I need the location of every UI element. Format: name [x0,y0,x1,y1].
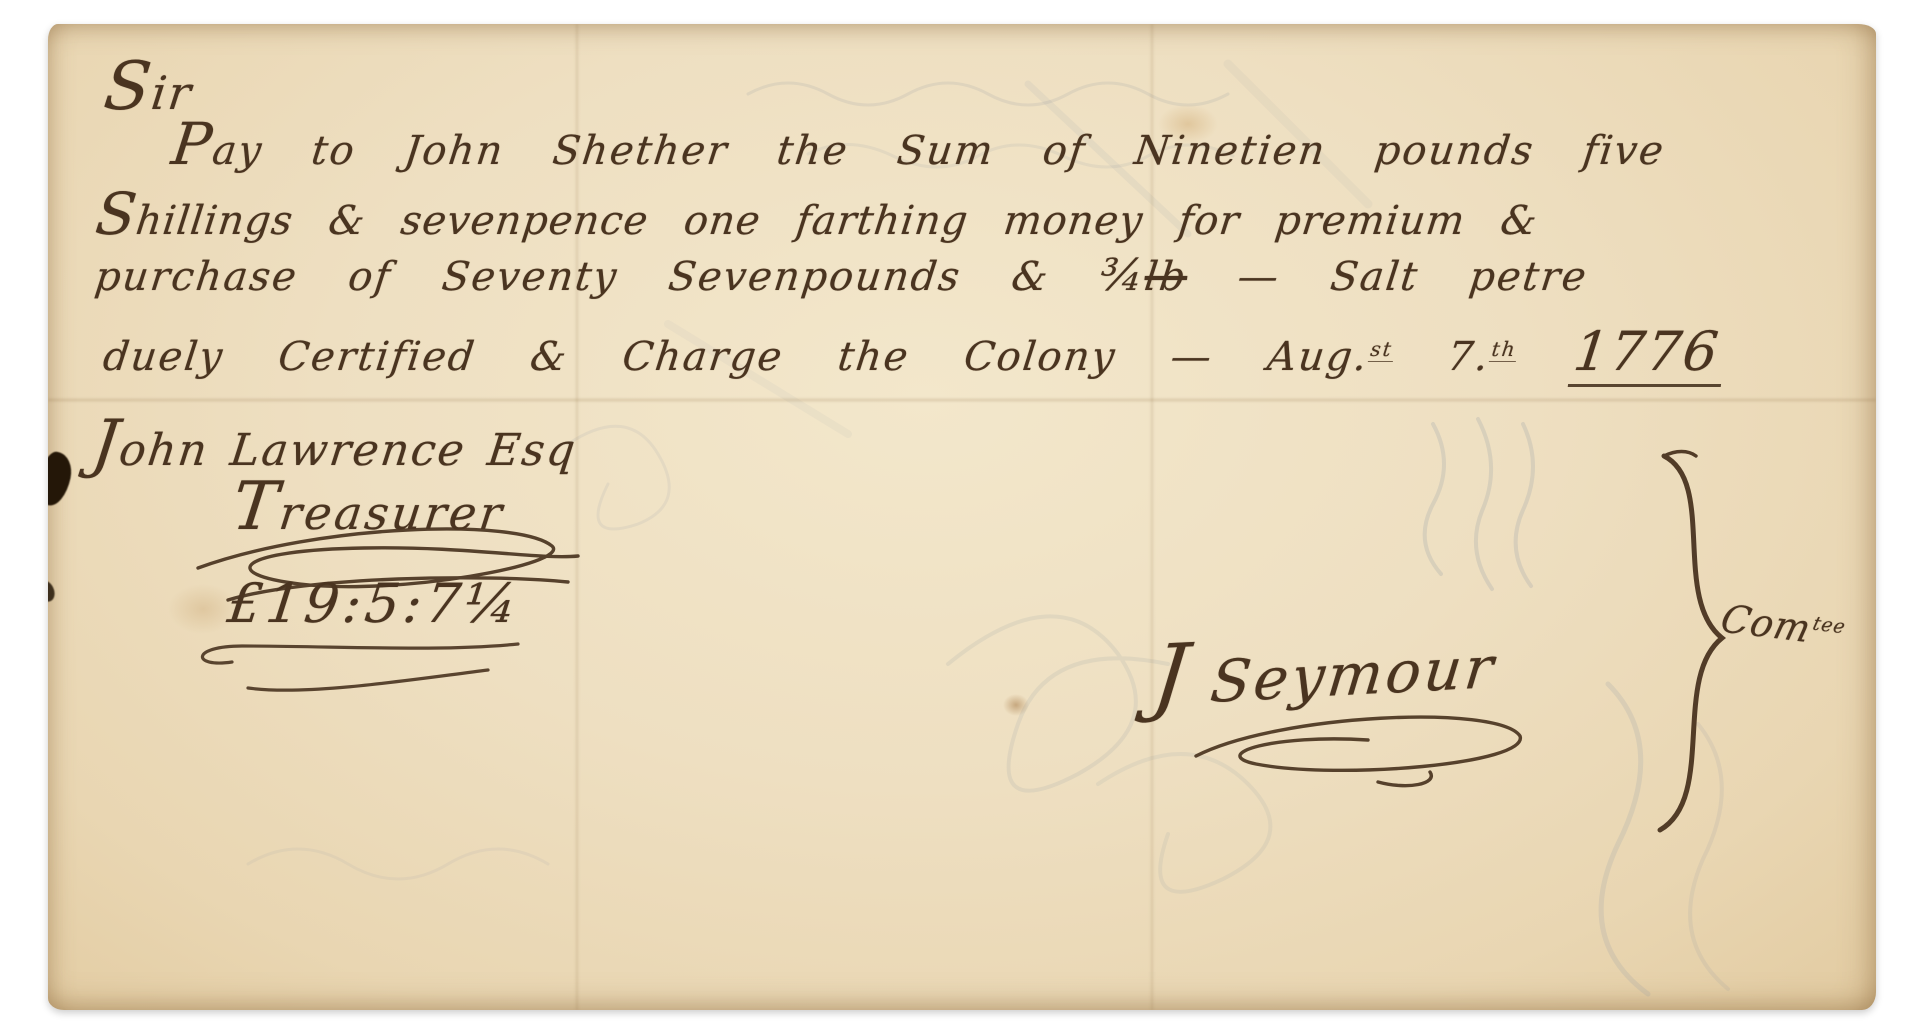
date-year: 1776 [1568,320,1730,387]
body-line-4-text: duely Certified & Charge the Colony — [101,334,1216,380]
signature-title-superscript: tee [1810,612,1850,638]
ink-blot [48,449,75,508]
horizontal-fold-crease [48,398,1876,402]
body-line-2: Shillings & sevenpence one farthing mone… [92,180,1543,250]
amount-figure: £19:5:7¼ [224,572,524,637]
pound-weight-symbol: lb [1142,254,1190,300]
body-line-3: purchase of Seventy Sevenpounds & ¾lb — … [92,250,1591,303]
weight-fraction: ¾ [1097,250,1148,301]
paper-stain [1003,694,1029,716]
body-line-4: duely Certified & Charge the Colony — Au… [100,320,1729,385]
signature-flourish [1178,710,1538,796]
signature-brace [1630,448,1742,840]
date-day-superscript: th [1489,337,1519,362]
body-line-3-text: purchase of Seventy Sevenpounds & [92,254,1052,300]
date-month-superscript: st [1368,337,1395,362]
date-month: Aug.st [1265,334,1396,380]
date-day: 7.th [1445,334,1520,380]
body-line-3-suffix: — Salt petre [1235,254,1590,300]
body-line-1: Pay to John Shether the Sum of Ninetien … [168,110,1670,180]
signature-title-base: Com [1716,596,1816,651]
ink-blot-small [48,578,57,604]
document-paper: Sir Pay to John Shether the Sum of Ninet… [48,24,1876,1010]
amount-underline-flourish [188,636,528,702]
